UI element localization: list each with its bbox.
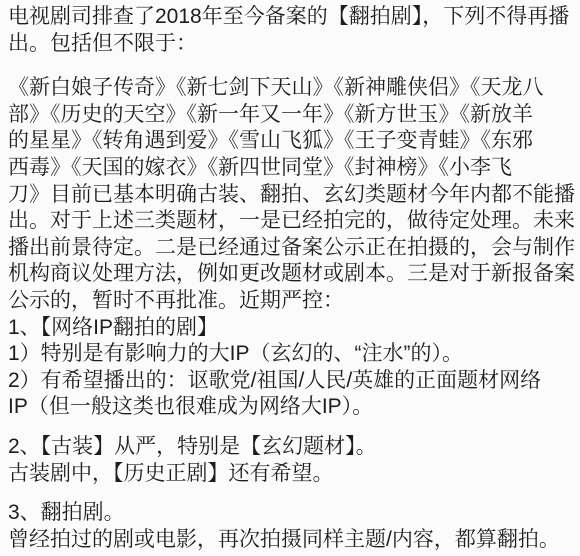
text-line: 出。对于上述三类题材，一是已经拍完的，做待定处理。未来 bbox=[8, 208, 576, 235]
text-line: 公示的，暂时不再批准。近期严控： bbox=[8, 288, 576, 315]
text-line: 刀》目前已基本明确古装、翻拍、玄幻类题材今年内都不能播 bbox=[8, 182, 576, 209]
text-line: 播出前景待定。二是已经通过备案公示正在拍摄的，会与制作 bbox=[8, 235, 576, 262]
text-line: IP（但一般这类也很难成为网络大IP）。 bbox=[8, 394, 576, 421]
text-line: 1）特别是有影响力的大IP（玄幻的、“注水”的）。 bbox=[8, 341, 576, 368]
text-line: 古装剧中，【历史正剧】还有希望。 bbox=[8, 461, 576, 488]
text-line: 出。包括但不限于： bbox=[8, 31, 576, 58]
paragraph: 2、【古装】从严，特别是【玄幻题材】。古装剧中，【历史正剧】还有希望。 bbox=[8, 434, 576, 487]
text-line: 2、【古装】从严，特别是【玄幻题材】。 bbox=[8, 434, 576, 461]
text-line: 1、【网络IP翻拍的剧】 bbox=[8, 315, 576, 342]
text-line: 3、翻拍剧。 bbox=[8, 500, 576, 527]
paragraph: 《新白娘子传奇》《新七剑下天山》《新神雕侠侣》《天龙八部》《历史的天空》《新一年… bbox=[8, 75, 576, 421]
paragraph: 电视剧司排查了2018年至今备案的【翻拍剧】，下列不得再播出。包括但不限于： bbox=[8, 4, 576, 57]
text-line: 西毒》《天国的嫁衣》《新四世同堂》《封神榜》《小李飞 bbox=[8, 155, 576, 182]
text-line: 机构商议处理方法，例如更改题材或剧本。三是对于新报备案 bbox=[8, 261, 576, 288]
document-body: 电视剧司排查了2018年至今备案的【翻拍剧】，下列不得再播出。包括但不限于：《新… bbox=[0, 0, 580, 556]
text-line: 《新白娘子传奇》《新七剑下天山》《新神雕侠侣》《天龙八 bbox=[8, 75, 576, 102]
text-line: 的星星》《转角遇到爱》《雪山飞狐》《王子变青蛙》《东邪 bbox=[8, 128, 576, 155]
paragraph: 3、翻拍剧。曾经拍过的剧或电影，再次拍摄同样主题/内容，都算翻拍。 bbox=[8, 500, 576, 553]
text-line: 曾经拍过的剧或电影，再次拍摄同样主题/内容，都算翻拍。 bbox=[8, 527, 576, 554]
text-line: 电视剧司排查了2018年至今备案的【翻拍剧】，下列不得再播 bbox=[8, 4, 576, 31]
text-line: 部》《历史的天空》《新一年又一年》《新方世玉》《新放羊 bbox=[8, 102, 576, 129]
text-line: 2）有希望播出的：讴歌党/祖国/人民/英雄的正面题材网络 bbox=[8, 368, 576, 395]
